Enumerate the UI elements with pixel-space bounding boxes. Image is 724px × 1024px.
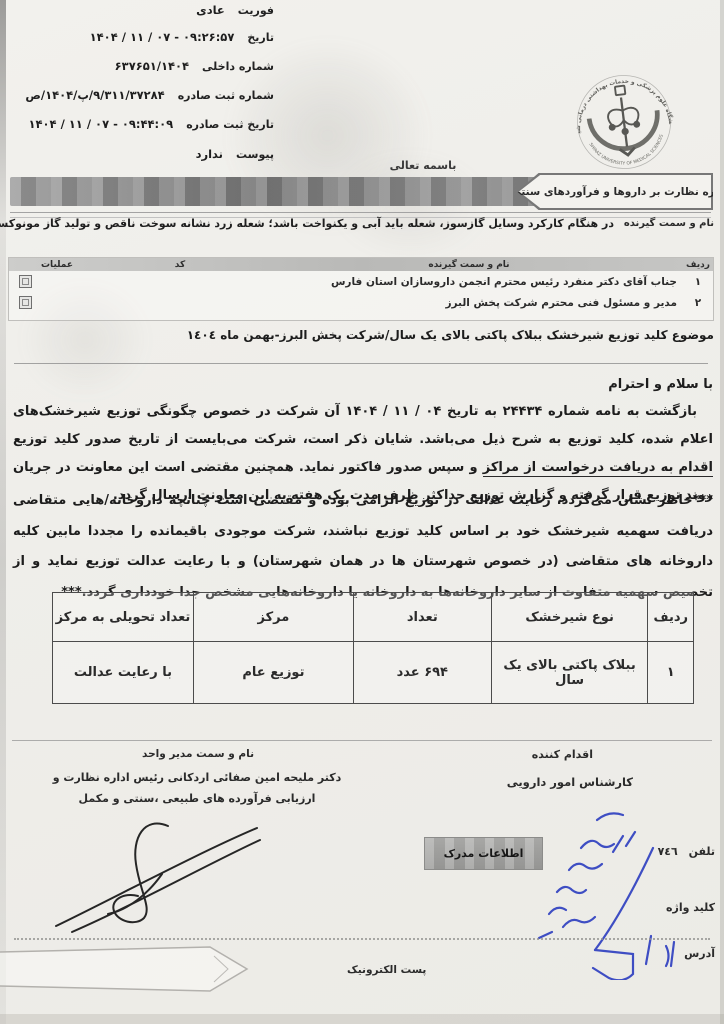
handwritten-signature <box>50 812 265 937</box>
divider-line <box>14 363 708 364</box>
manager-name: دکتر ملیحه امین صفائی اردکانی رئیس اداره… <box>46 767 348 809</box>
meta-row-outgoing-number: ۹/۳۱۱/۳۷۲۸۴/پ/۱۴۰۴/ص شماره ثبت صادره <box>16 88 274 102</box>
recipient-index: ۱ <box>683 276 713 288</box>
alloc-delivered: با رعایت عدالت <box>53 642 193 703</box>
footer-divider <box>12 740 712 741</box>
alloc-center: توزیع عام <box>193 642 353 703</box>
phone-row: تلفن ٧٤٦ <box>658 845 715 858</box>
scan-edge-right <box>720 0 724 1024</box>
safety-notice: در هنگام کارکرد وسایل گازسوز، شعله باید … <box>70 217 614 230</box>
recipients-table-header: ردیف نام و سمت گیرنده کد عملیات <box>9 258 713 271</box>
alloc-col-type: نوع شیرخشک <box>491 593 648 641</box>
alloc-col-center: مرکز <box>193 593 353 641</box>
phone-value: ٧٤٦ <box>658 845 678 858</box>
blue-handwritten-stamp <box>533 808 685 980</box>
allocation-header-row: ردیف نوع شیرخشک تعداد مرکز تعداد تحویلی … <box>53 593 693 641</box>
col-code-header: کد <box>105 260 255 270</box>
outgoing-number-label: شماره ثبت صادره <box>178 89 274 102</box>
subject-line: موضوع کلید توزیع شیرخشک ببلاک پاکتی بالا… <box>187 328 714 342</box>
alloc-col-count: تعداد <box>353 593 491 641</box>
document-action-icon[interactable] <box>19 296 32 309</box>
allocation-table: ردیف نوع شیرخشک تعداد مرکز تعداد تحویلی … <box>52 592 694 704</box>
meta-row-urgency: عادی فوریت <box>16 3 274 17</box>
scanned-letter-page: عادی فوریت ۰۹:۲۶:۵۷ - ۰۷ / ۱۱ / ۱۴۰۴ تار… <box>0 0 724 1024</box>
alloc-row-index: ۱ <box>647 642 693 703</box>
seal-farsi-text: دانشگاه علوم پزشکی و خدمات بهداشتی درمان… <box>561 65 675 138</box>
university-seal-logo: دانشگاه علوم پزشکی و خدمات بهداشتی درمان… <box>561 65 686 178</box>
keyword-label: کلید واژه <box>666 901 715 914</box>
alloc-col-row: ردیف <box>647 593 693 641</box>
scan-edge-left <box>0 0 6 1024</box>
body-paragraph-2: ***خاطر نشان می‌گردد، رعایت عدالت در توز… <box>13 486 713 608</box>
col-row-header: ردیف <box>683 260 713 270</box>
email-label: پست الکترونیک <box>347 964 426 976</box>
phone-label: تلفن <box>689 845 715 858</box>
actor-role: کارشناس امور دارویی <box>507 775 633 789</box>
internal-number-value: ۶۳۷۶۵۱/۱۴۰۴ <box>115 59 189 73</box>
outgoing-date-label: تاریخ ثبت صادره <box>186 118 274 131</box>
meta-row-outgoing-date: ۰۹:۴۴:۰۹ - ۰۷ / ۱۱ / ۱۴۰۴ تاریخ ثبت صادر… <box>16 117 274 131</box>
urgency-label: فوریت <box>238 4 274 17</box>
dotted-divider <box>14 938 710 940</box>
meta-row-date: ۰۹:۲۶:۵۷ - ۰۷ / ۱۱ / ۱۴۰۴ تاریخ <box>16 30 274 44</box>
manager-label: نام و سمت مدیر واحد <box>142 748 254 760</box>
department-banner: اداره نظارت بر داروها و فرآوردهای سنتی <box>10 177 711 206</box>
date-value: ۰۹:۲۶:۵۷ - ۰۷ / ۱۱ / ۱۴۰۴ <box>90 30 235 44</box>
bismillah-text: باسمه تعالی <box>378 159 468 172</box>
banner-arrow: اداره نظارت بر داروها و فرآوردهای سنتی <box>517 173 713 210</box>
address-label: آدرس <box>684 947 715 960</box>
outgoing-number-value: ۹/۳۱۱/۳۷۲۸۴/پ/۱۴۰۴/ص <box>25 88 164 102</box>
document-info-button[interactable]: اطلاعات مدرک <box>424 837 543 870</box>
urgency-value: عادی <box>196 3 225 17</box>
recipient-row: ۱ جناب آقای دکتر منفرد رئیس محترم انجمن … <box>9 271 713 292</box>
meta-row-attachment: ندارد پیوست <box>16 147 274 161</box>
col-name-header: نام و سمت گیرنده <box>255 260 683 270</box>
svg-text:دانشگاه علوم پزشکی و خدمات بهد: دانشگاه علوم پزشکی و خدمات بهداشتی درمان… <box>561 65 675 138</box>
salutation: با سلام و احترام <box>13 372 713 398</box>
internal-number-label: شماره داخلی <box>202 60 274 73</box>
date-label: تاریخ <box>247 31 274 44</box>
recipient-index: ۲ <box>683 297 713 309</box>
recipient-row: ۲ مدیر و مسئول فنی محترم شرکت پخش البرز <box>9 292 713 313</box>
alloc-col-delivery: تعداد تحویلی به مرکز <box>53 593 193 641</box>
scan-edge-bottom <box>0 1014 724 1024</box>
outgoing-date-value: ۰۹:۴۴:۰۹ - ۰۷ / ۱۱ / ۱۴۰۴ <box>28 117 173 131</box>
alloc-quantity: ۶۹۴ عدد <box>353 642 491 703</box>
underlined-phrase: اقدام به دریافت درخواست از مراکز <box>483 460 713 477</box>
attachment-value: ندارد <box>196 147 223 161</box>
footer-banner-outline <box>0 944 252 994</box>
meta-row-internal-number: ۶۳۷۶۵۱/۱۴۰۴ شماره داخلی <box>16 59 274 73</box>
recipients-table: ردیف نام و سمت گیرنده کد عملیات ۱ جناب آ… <box>8 257 714 321</box>
recipient-name: مدیر و مسئول فنی محترم شرکت پخش البرز <box>265 297 683 309</box>
allocation-data-row: ۱ ببلاک پاکتی بالای یک سال ۶۹۴ عدد توزیع… <box>53 641 693 703</box>
actor-label: اقدام کننده <box>532 748 593 761</box>
alloc-milk-type: ببلاک پاکتی بالای یک سال <box>491 642 648 703</box>
col-actions-header: عملیات <box>9 260 105 270</box>
department-name: اداره نظارت بر داروها و فرآوردهای سنتی <box>531 173 707 210</box>
recipients-section-label: نام و سمت گیرنده <box>624 218 714 229</box>
attachment-label: پیوست <box>236 148 274 161</box>
recipient-name: جناب آقای دکتر منفرد رئیس محترم انجمن دا… <box>265 276 683 288</box>
document-action-icon[interactable] <box>19 275 32 288</box>
